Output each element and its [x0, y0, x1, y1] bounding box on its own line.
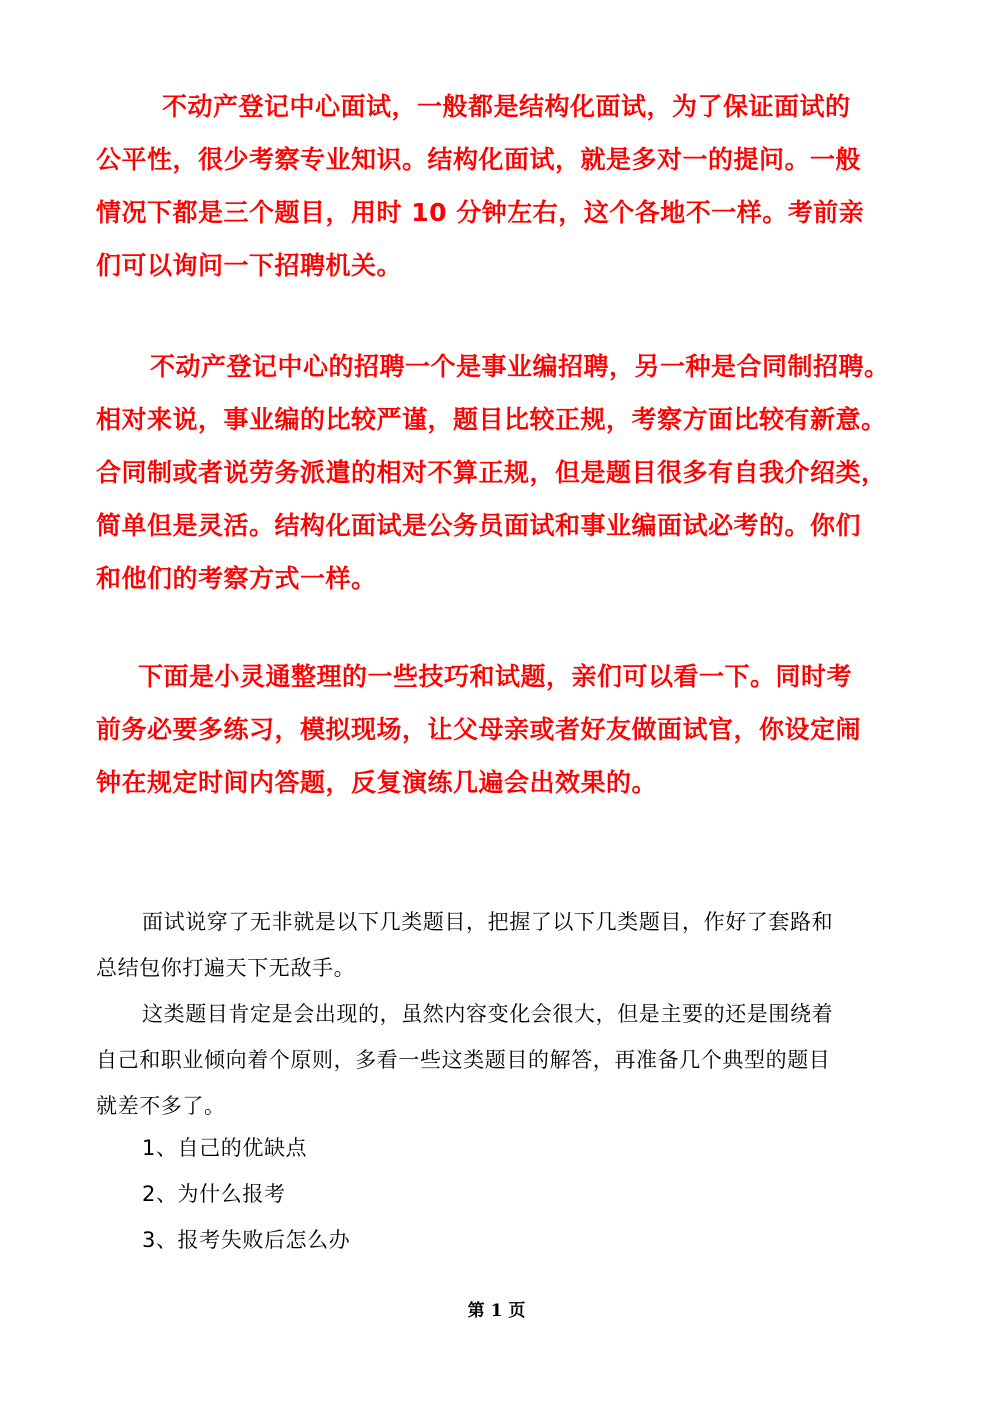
paragraph-line: 情况下都是三个题目，用时 10 分钟左右，这个各地不一样。考前亲	[96, 198, 864, 228]
paragraph-line: 公平性，很少考察专业知识。结构化面试，就是多对一的提问。一般	[96, 145, 861, 175]
document-page: 不动产登记中心面试，一般都是结构化面试，为了保证面试的 公平性，很少考察专业知识…	[0, 0, 993, 1404]
paragraph-line: 自己和职业倾向着个原则，多看一些这类题目的解答，再准备几个典型的题目	[96, 1047, 830, 1073]
paragraph-line: 总结包你打遍天下无敌手。	[96, 955, 355, 981]
paragraph-line: 和他们的考察方式一样。	[96, 564, 377, 594]
paragraph-line: 不动产登记中心面试，一般都是结构化面试，为了保证面试的	[162, 92, 851, 122]
list-item: 1、自己的优缺点	[142, 1135, 307, 1161]
list-item: 3、报考失败后怎么办	[142, 1227, 350, 1253]
paragraph-line: 合同制或者说劳务派遣的相对不算正规，但是题目很多有自我介绍类，	[96, 458, 887, 488]
paragraph-line: 相对来说，事业编的比较严谨，题目比较正规，考察方面比较有新意。	[96, 405, 887, 435]
list-item: 2、为什么报考	[142, 1181, 286, 1207]
page-number-footer: 第 1 页	[0, 1296, 993, 1321]
paragraph-line: 就差不多了。	[96, 1093, 226, 1119]
paragraph-line: 下面是小灵通整理的一些技巧和试题，亲们可以看一下。同时考	[138, 662, 852, 692]
paragraph-line: 简单但是灵活。结构化面试是公务员面试和事业编面试必考的。你们	[96, 511, 861, 541]
paragraph-line: 钟在规定时间内答题，反复演练几遍会出效果的。	[96, 768, 657, 798]
paragraph-line: 前务必要多练习，模拟现场，让父母亲或者好友做面试官，你设定闹	[96, 715, 861, 745]
paragraph-line: 这类题目肯定是会出现的，虽然内容变化会很大，但是主要的还是围绕着	[142, 1001, 833, 1027]
paragraph-line: 面试说穿了无非就是以下几类题目，把握了以下几类题目，作好了套路和	[142, 909, 833, 935]
paragraph-line: 们可以询问一下招聘机关。	[96, 251, 402, 281]
paragraph-line: 不动产登记中心的招聘一个是事业编招聘，另一种是合同制招聘。	[150, 352, 890, 382]
